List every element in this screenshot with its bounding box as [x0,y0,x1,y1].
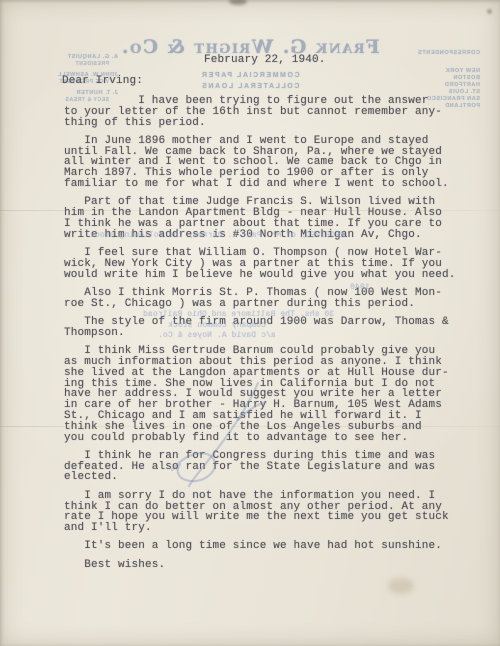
verso-bleedthrough-line: RECEIVED, of Mr. Paul E. Darrow, the fol… [90,231,345,240]
letter-paragraph: I have been trying to figure out the ans… [64,96,464,128]
fold-crease [0,210,500,211]
correspondent-city: NEW YORK [382,68,480,75]
correspondents-label: CORRESPONDENTS [382,50,480,57]
correspondent-city: BOSTON [382,75,480,82]
stain-smudge [388,578,414,594]
verso-bleedthrough-line: company common stock [168,321,266,330]
letter-paragraph: Also I think Morris St. P. Thomas ( now … [64,288,464,310]
letter-date: February 22, 1940. [204,55,326,66]
letter-paragraph: In June 1896 mother and I went to Europe… [64,136,464,190]
letter-paragraph: It's been a long time since we have had … [64,541,464,552]
ink-smudge [229,0,247,5]
verso-bleedthrough-line: a/c David A. Noyes & Co. [158,331,276,340]
officer-name: A. G. LANQUIST [26,54,118,61]
letterhead-officer: A. G. LANQUIST PRESIDENT [26,54,118,68]
handwriting-bleedthrough [150,370,300,500]
letter-salutation: Dear Irving: [62,76,143,87]
verso-bleedthrough-line: 30 shs. The Baltimore and Ohio Railroad [143,310,334,319]
scanned-letter-page: Frank G. Wright & Co. COMMERCIAL PAPER C… [0,0,500,646]
ink-smudge [487,9,492,14]
fold-crease [0,426,500,427]
letter-paragraph: I feel sure that William O. Thompson ( n… [64,248,464,280]
verso-bleedthrough-line: 1940 [350,283,370,292]
letter-paragraph: Best wishes. [64,560,464,571]
correspondent-city: HARTFORD [382,82,480,89]
officer-title: PRESIDENT [26,61,118,68]
